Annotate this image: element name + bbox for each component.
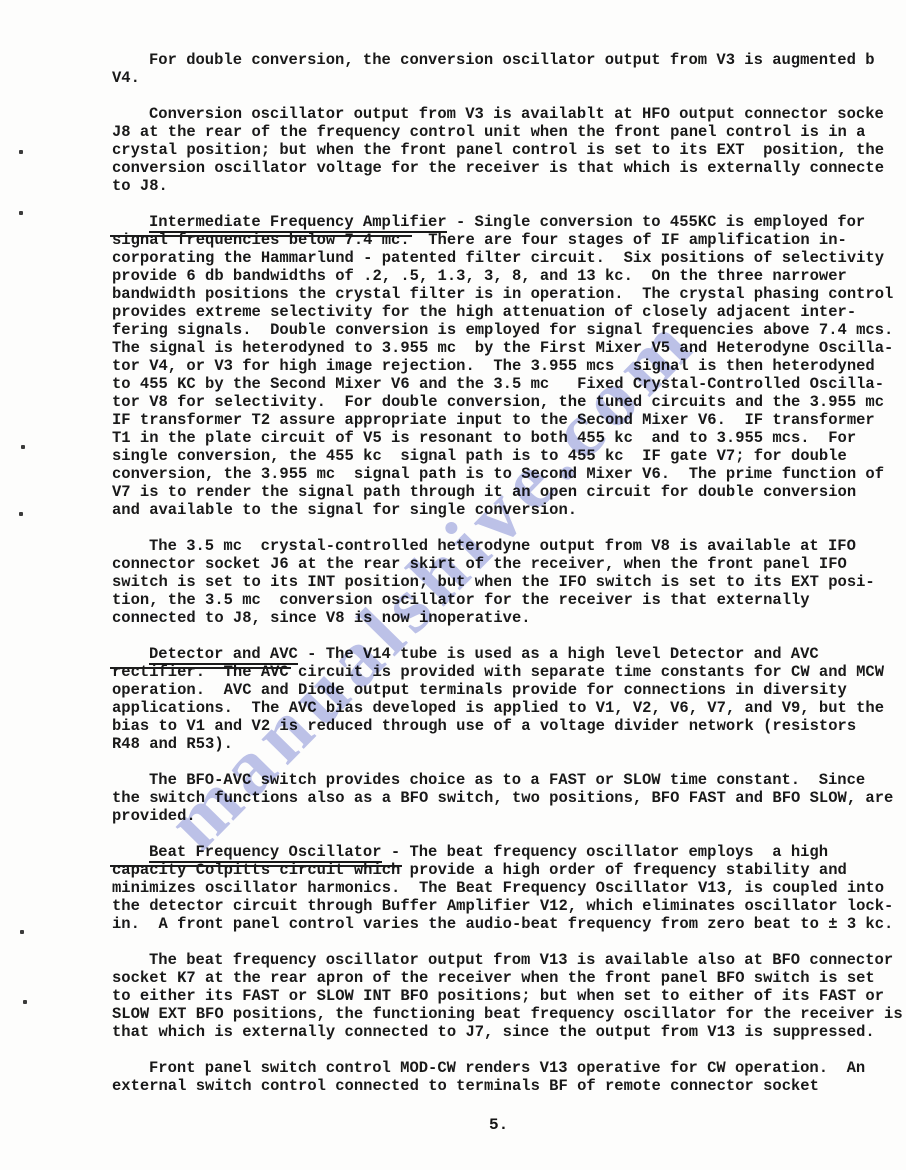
scan-speck (19, 512, 23, 516)
text-segment: that which is externally connected to J7… (112, 1023, 875, 1041)
text-line: in. A front panel control varies the aud… (112, 915, 903, 933)
text-line: the switch functions also as a BFO switc… (112, 789, 903, 807)
text-segment: R48 and R53). (112, 735, 233, 753)
scan-speck (23, 1000, 27, 1004)
text-segment: connector socket J6 at the rear skirt of… (112, 555, 847, 573)
text-line: capacity Colpitts circuit which provide … (112, 861, 903, 879)
text-segment: connected to J8, since V8 is now inopera… (112, 609, 531, 627)
text-segment: tor V4, or V3 for high image rejection. … (112, 357, 875, 375)
text-segment: The signal is heterodyned to 3.955 mc by… (112, 339, 893, 357)
text-line: conversion oscillator voltage for the re… (112, 159, 903, 177)
text-line: to 455 KC by the Second Mixer V6 and the… (112, 375, 903, 393)
text-segment: single conversion, the 455 kc signal pat… (112, 447, 847, 465)
text-segment: - Single conversion to 455KC is employed… (447, 213, 866, 231)
text-line: The 3.5 mc crystal-controlled heterodyne… (112, 537, 903, 555)
text-segment: Conversion oscillator output from V3 is … (149, 105, 884, 123)
text-segment: corporating the Hammarlund - patented fi… (112, 249, 884, 267)
text-segment: to J8. (112, 177, 168, 195)
text-block: For double conversion, the conversion os… (112, 51, 903, 1095)
section-heading: Beat Frequency Oscillator (149, 843, 382, 863)
paragraph: For double conversion, the conversion os… (112, 51, 903, 87)
text-segment: IF transformer T2 assure appropriate inp… (112, 411, 875, 429)
text-segment: fering signals. Double conversion is emp… (112, 321, 893, 339)
text-segment: V4. (112, 69, 140, 87)
text-segment: to either its FAST or SLOW INT BFO posit… (112, 987, 884, 1005)
text-line: that which is externally connected to J7… (112, 1023, 903, 1041)
text-segment: and available to the signal for single c… (112, 501, 577, 519)
text-line: V4. (112, 69, 903, 87)
text-line: The BFO-AVC switch provides choice as to… (112, 771, 903, 789)
text-segment: to 455 KC by the Second Mixer V6 and the… (112, 375, 884, 393)
paragraph: Conversion oscillator output from V3 is … (112, 105, 903, 195)
text-line: V7 is to render the signal path through … (112, 483, 903, 501)
text-line: rectifier. The AVC circuit is provided w… (112, 663, 903, 681)
text-segment: V7 is to render the signal path through … (112, 483, 856, 501)
section-heading: Intermediate Frequency Amplifier (149, 213, 447, 233)
paragraph: The beat frequency oscillator output fro… (112, 951, 903, 1041)
text-segment: The BFO-AVC switch provides choice as to… (149, 771, 865, 789)
page-number: 5. (489, 1116, 508, 1134)
text-line: Conversion oscillator output from V3 is … (112, 105, 903, 123)
text-segment: signal frequencies below 7.4 mc. (112, 231, 410, 249)
text-line: tion, the 3.5 mc conversion oscillator f… (112, 591, 903, 609)
text-line: single conversion, the 455 kc signal pat… (112, 447, 903, 465)
text-segment: For double conversion, the conversion os… (149, 51, 875, 69)
text-segment: provided. (112, 807, 196, 825)
text-line: minimizes oscillator harmonics. The Beat… (112, 879, 903, 897)
paragraph: Beat Frequency Oscillator - The beat fre… (112, 843, 903, 933)
text-segment: T1 in the plate circuit of V5 is resonan… (112, 429, 856, 447)
scan-speck (19, 211, 23, 215)
scan-speck (20, 930, 24, 934)
text-line: provide 6 db bandwidths of .2, .5, 1.3, … (112, 267, 903, 285)
text-line: operation. AVC and Diode output terminal… (112, 681, 903, 699)
text-line: The beat frequency oscillator output fro… (112, 951, 903, 969)
text-line: Front panel switch control MOD-CW render… (112, 1059, 903, 1077)
text-line: provided. (112, 807, 903, 825)
text-segment: switch is set to its INT position; but w… (112, 573, 875, 591)
text-line: The signal is heterodyned to 3.955 mc by… (112, 339, 903, 357)
text-line: fering signals. Double conversion is emp… (112, 321, 903, 339)
section-heading: Detector and AVC (149, 645, 298, 665)
text-segment: the switch functions also as a BFO switc… (112, 789, 893, 807)
text-segment: Front panel switch control MOD-CW render… (149, 1059, 865, 1077)
scan-speck (19, 150, 23, 154)
text-segment: capacity Colpitts circuit which (112, 861, 400, 879)
text-line: Intermediate Frequency Amplifier - Singl… (112, 213, 903, 231)
text-line: to J8. (112, 177, 903, 195)
text-line: and available to the signal for single c… (112, 501, 903, 519)
text-segment: bandwidth positions the crystal filter i… (112, 285, 893, 303)
text-line: socket K7 at the rear apron of the recei… (112, 969, 903, 987)
text-line: Beat Frequency Oscillator - The beat fre… (112, 843, 903, 861)
text-line: tor V4, or V3 for high image rejection. … (112, 357, 903, 375)
text-line: provides extreme selectivity for the hig… (112, 303, 903, 321)
text-line: connector socket J6 at the rear skirt of… (112, 555, 903, 573)
text-segment: bias to V1 and V2 is reduced through use… (112, 717, 856, 735)
text-line: applications. The AVC bias developed is … (112, 699, 903, 717)
text-segment: the detector circuit through Buffer Ampl… (112, 897, 893, 915)
text-line: to either its FAST or SLOW INT BFO posit… (112, 987, 903, 1005)
document-page: For double conversion, the conversion os… (0, 0, 906, 1170)
text-line: external switch control connected to ter… (112, 1077, 903, 1095)
paragraph: The BFO-AVC switch provides choice as to… (112, 771, 903, 825)
text-line: signal frequencies below 7.4 mc. There a… (112, 231, 903, 249)
scan-speck (21, 445, 25, 449)
text-line: J8 at the rear of the frequency control … (112, 123, 903, 141)
text-line: For double conversion, the conversion os… (112, 51, 903, 69)
text-segment: conversion oscillator voltage for the re… (112, 159, 884, 177)
text-segment: - The beat frequency oscillator employs … (382, 843, 828, 861)
text-line: tor V8 for selectivity. For double conve… (112, 393, 903, 411)
text-segment: provides extreme selectivity for the hig… (112, 303, 856, 321)
text-segment: crystal position; but when the front pan… (112, 141, 884, 159)
text-segment: SLOW EXT BFO positions, the functioning … (112, 1005, 903, 1023)
text-segment: tor V8 for selectivity. For double conve… (112, 393, 884, 411)
text-line: bias to V1 and V2 is reduced through use… (112, 717, 903, 735)
paragraph: Detector and AVC - The V14 tube is used … (112, 645, 903, 753)
text-line: conversion, the 3.955 mc signal path is … (112, 465, 903, 483)
text-segment: rectifier. The AVC (112, 663, 289, 681)
text-line: switch is set to its INT position; but w… (112, 573, 903, 591)
text-segment: There are four stages of IF amplificatio… (410, 231, 847, 249)
text-line: bandwidth positions the crystal filter i… (112, 285, 903, 303)
text-segment: provide a high order of frequency stabil… (400, 861, 846, 879)
text-line: crystal position; but when the front pan… (112, 141, 903, 159)
text-segment: provide 6 db bandwidths of .2, .5, 1.3, … (112, 267, 847, 285)
text-line: R48 and R53). (112, 735, 903, 753)
text-line: IF transformer T2 assure appropriate inp… (112, 411, 903, 429)
text-line: connected to J8, since V8 is now inopera… (112, 609, 903, 627)
text-segment: operation. AVC and Diode output terminal… (112, 681, 847, 699)
text-segment: tion, the 3.5 mc conversion oscillator f… (112, 591, 810, 609)
paragraph: The 3.5 mc crystal-controlled heterodyne… (112, 537, 903, 627)
text-line: Detector and AVC - The V14 tube is used … (112, 645, 903, 663)
text-line: SLOW EXT BFO positions, the functioning … (112, 1005, 903, 1023)
text-segment: minimizes oscillator harmonics. The Beat… (112, 879, 884, 897)
text-line: the detector circuit through Buffer Ampl… (112, 897, 903, 915)
text-segment: conversion, the 3.955 mc signal path is … (112, 465, 884, 483)
paragraph: Front panel switch control MOD-CW render… (112, 1059, 903, 1095)
text-segment: in. A front panel control varies the aud… (112, 915, 893, 933)
text-line: corporating the Hammarlund - patented fi… (112, 249, 903, 267)
paragraph: Intermediate Frequency Amplifier - Singl… (112, 213, 903, 519)
text-line: T1 in the plate circuit of V5 is resonan… (112, 429, 903, 447)
text-segment: external switch control connected to ter… (112, 1077, 819, 1095)
text-segment: The beat frequency oscillator output fro… (149, 951, 893, 969)
text-segment: J8 at the rear of the frequency control … (112, 123, 865, 141)
text-segment: The 3.5 mc crystal-controlled heterodyne… (149, 537, 856, 555)
text-segment: - The V14 tube is used as a high level D… (298, 645, 819, 663)
text-segment: socket K7 at the rear apron of the recei… (112, 969, 875, 987)
text-segment: applications. The AVC bias developed is … (112, 699, 884, 717)
text-segment: circuit is provided with separate time c… (289, 663, 884, 681)
